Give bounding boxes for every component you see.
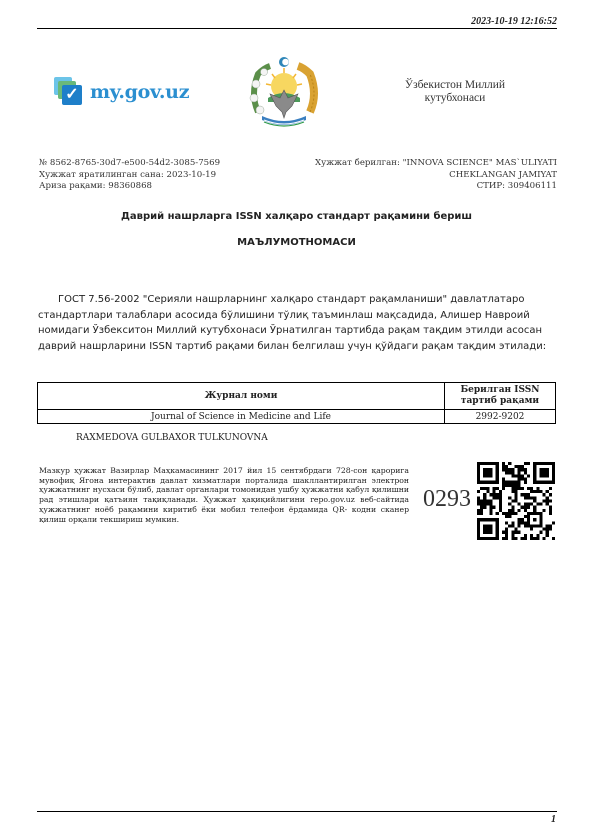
document-created-date: Хужжат яратилинган сана: 2023-10-19 <box>39 170 220 182</box>
application-number: Ариза рақами: 98360868 <box>39 181 220 193</box>
stir-number: СТИР: 309406111 <box>315 181 557 193</box>
document-timestamp: 2023-10-19 12:16:52 <box>471 16 557 27</box>
mygov-logo: ✓ my.gov.uz <box>54 77 189 107</box>
legal-notice: Мазкур ҳужжат Вазирлар Маҳкамасининг 201… <box>39 466 409 524</box>
issued-to-line2: CHEKLANGAN JAMIYAT <box>315 170 557 182</box>
journal-name-cell: Journal of Science in Medicine and Life <box>38 410 445 424</box>
document-meta-right: Хужжат берилган: "INNOVA SCIENCE" MAS`UL… <box>315 158 557 193</box>
column-header-issn: Берилган ISSN тартиб рақами <box>445 383 556 410</box>
document-subtitle: МАЪЛУМОТНОМАСИ <box>0 237 593 248</box>
header-rule <box>37 28 557 29</box>
document-title: Даврий нашрларга ISSN халқаро стандарт р… <box>0 211 593 222</box>
issn-table: Журнал номи Берилган ISSN тартиб рақами … <box>37 382 556 424</box>
issuer-org-line2: кутубхонаси <box>400 92 510 105</box>
document-meta-left: № 8562-8765-30d7-e500-54d2-3085-7569 Хуж… <box>39 158 220 193</box>
column-header-journal: Журнал номи <box>38 383 445 410</box>
issued-to-line1: Хужжат берилган: "INNOVA SCIENCE" MAS`UL… <box>315 158 557 170</box>
footer-rule <box>37 811 557 812</box>
table-header-row: Журнал номи Берилган ISSN тартиб рақами <box>38 383 556 410</box>
document-number: № 8562-8765-30d7-e500-54d2-3085-7569 <box>39 158 220 170</box>
issuer-org-line1: Ўзбекистон Миллий <box>400 79 510 92</box>
page-number: 1 <box>551 814 556 825</box>
table-row: Journal of Science in Medicine and Life … <box>38 410 556 424</box>
owner-name: RAXMEDOVA GULBAXOR TULKUNOVNA <box>76 433 268 443</box>
issn-number-cell: 2992-9202 <box>445 410 556 424</box>
state-emblem-icon <box>244 54 324 134</box>
body-paragraph: ГОСТ 7.56-2002 "Серияли нашрларнинг халқ… <box>38 292 558 354</box>
body-text: ГОСТ 7.56-2002 "Серияли нашрларнинг халқ… <box>38 292 558 354</box>
verification-code: 0293 <box>423 486 471 513</box>
checkmark-icon: ✓ <box>54 77 84 107</box>
logo-text: my.gov.uz <box>90 81 189 103</box>
issuer-organization: Ўзбекистон Миллий кутубхонаси <box>400 79 510 105</box>
qr-code-icon[interactable] <box>477 462 555 540</box>
